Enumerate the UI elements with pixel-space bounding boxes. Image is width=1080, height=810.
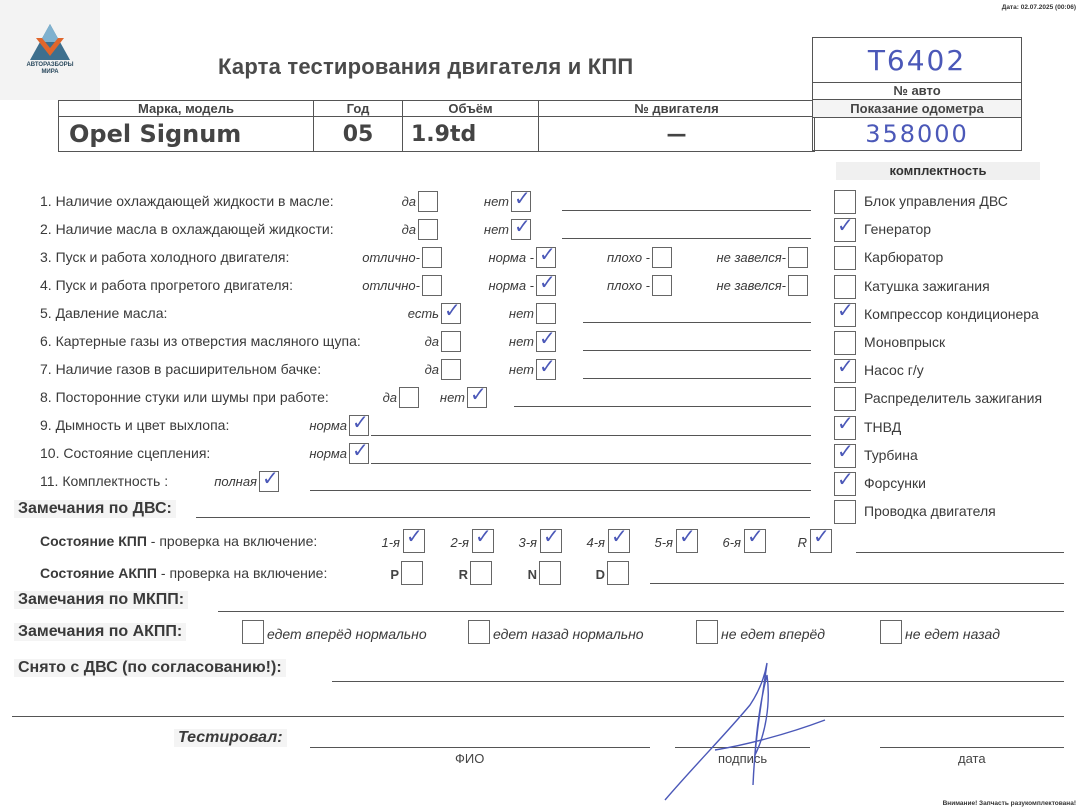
checklist-item-7-option-label: нет (509, 362, 534, 377)
gear-checkbox-6[interactable]: ✓ (744, 529, 766, 553)
auto-position-checkbox-4[interactable] (607, 561, 629, 585)
kit-checkbox-7[interactable]: ✓ (834, 359, 856, 383)
kit-heading: комплектность (836, 162, 1040, 180)
checklist-item-6-option-label: нет (509, 334, 534, 349)
model-value[interactable]: Opel Signum (59, 117, 314, 152)
checklist-item-1-checkbox-2[interactable]: ✓ (511, 191, 531, 212)
kit-item-label: Турбина (864, 447, 918, 463)
checklist-item-3-option-label: не завелся- (716, 250, 786, 265)
auto-number-value[interactable]: T6402 (813, 38, 1021, 82)
checklist-item-4-checkbox-3[interactable] (652, 275, 672, 296)
date-field[interactable] (880, 747, 1064, 748)
checklist-item-3-label: 3. Пуск и работа холодного двигателя: (40, 249, 289, 265)
kit-item-label: Моновпрыск (864, 334, 945, 350)
vehicle-table: Марка, модель Год Объём № двигателя Opel… (58, 100, 815, 152)
kit-checkbox-9[interactable]: ✓ (834, 416, 856, 440)
checklist-item-4-option-label: плохо - (607, 278, 650, 293)
auto-position-label: R (459, 567, 468, 582)
gear-label: 1-я (381, 535, 400, 550)
checklist-item-8-notes[interactable] (514, 406, 811, 407)
auto-position-checkbox-1[interactable] (401, 561, 423, 585)
akpp-checkbox-4[interactable] (880, 620, 902, 644)
checklist-item-1-option-label: нет (484, 194, 509, 209)
checklist-item-9-checkbox-1[interactable]: ✓ (349, 415, 369, 436)
kit-checkbox-10[interactable]: ✓ (834, 444, 856, 468)
checkmark-icon: ✓ (470, 382, 487, 406)
gear-label: 2-я (450, 535, 469, 550)
logo-text-1: АВТОРАЗБОРЫ (0, 62, 100, 69)
checklist-item-2-notes[interactable] (562, 238, 811, 239)
gear-label: R (798, 535, 807, 550)
akpp-option-label: едет вперёд нормально (267, 626, 427, 642)
kit-item-label: Карбюратор (864, 249, 943, 265)
checkmark-icon: ✓ (837, 354, 854, 378)
kit-checkbox-3[interactable] (834, 246, 856, 270)
checklist-item-11-checkbox-1[interactable]: ✓ (259, 471, 279, 492)
checklist-item-7-label: 7. Наличие газов в расширительном бачке: (40, 361, 321, 377)
odometer-value[interactable]: 358000 (813, 117, 1021, 150)
checklist-item-4-option-label: норма - (488, 278, 534, 293)
checklist-item-6-notes[interactable] (583, 350, 811, 351)
checklist-item-2-option-label: нет (484, 222, 509, 237)
checkmark-icon: ✓ (539, 326, 556, 350)
checklist-item-5-checkbox-1[interactable]: ✓ (441, 303, 461, 324)
page-title: Карта тестирования двигателя и КПП (218, 54, 633, 80)
gear-checkbox-1[interactable]: ✓ (403, 529, 425, 553)
checkmark-icon: ✓ (747, 524, 764, 548)
date-stamp: Дата: 02.07.2025 (00:06) (1002, 4, 1076, 11)
checklist-item-11-notes[interactable] (310, 490, 811, 491)
gear-label: 4-я (586, 535, 605, 550)
tested-by-label: Тестировал: (174, 729, 287, 747)
gear-checkbox-3[interactable]: ✓ (540, 529, 562, 553)
checkmark-icon: ✓ (837, 298, 854, 322)
checklist-item-3-option-label: отлично- (362, 250, 420, 265)
gear-label: 5-я (654, 535, 673, 550)
auto-position-label: D (596, 567, 605, 582)
checkmark-icon: ✓ (352, 410, 369, 434)
checklist-item-3-checkbox-4[interactable] (788, 247, 808, 268)
checklist-item-6-option-label: да (425, 334, 439, 349)
akpp-checkbox-3[interactable] (696, 620, 718, 644)
checklist-item-9-option-label: норма (309, 418, 347, 433)
checklist-item-8-label: 8. Посторонние стуки или шумы при работе… (40, 389, 329, 405)
checklist-item-7-checkbox-1[interactable] (441, 359, 461, 380)
checklist-item-8-checkbox-1[interactable] (399, 387, 419, 408)
date-label: дата (958, 751, 986, 766)
checklist-item-6-checkbox-2[interactable]: ✓ (536, 331, 556, 352)
col-header-year: Год (314, 101, 403, 117)
checklist-item-1-option-label: да (402, 194, 416, 209)
checklist-item-2-checkbox-2[interactable]: ✓ (511, 219, 531, 240)
gear-label: 3-я (518, 535, 537, 550)
checklist-item-5-option-label: есть (408, 306, 439, 321)
checklist-item-11-label: 11. Комплектность : (40, 473, 168, 489)
checklist-item-1-label: 1. Наличие охлаждающей жидкости в масле: (40, 193, 334, 209)
checklist-item-5-notes[interactable] (583, 322, 811, 323)
col-header-engine-no: № двигателя (539, 101, 815, 117)
remarks-auto-label: Замечания по АКПП: (14, 623, 186, 641)
fio-label: ФИО (455, 751, 484, 766)
gear-label: 6-я (722, 535, 741, 550)
auto-position-checkbox-2[interactable] (470, 561, 492, 585)
checklist-item-10-option-label: норма (309, 446, 347, 461)
checkmark-icon: ✓ (837, 467, 854, 491)
checklist-item-4-checkbox-1[interactable] (422, 275, 442, 296)
fio-field[interactable] (310, 747, 650, 748)
checklist-item-1-checkbox-1[interactable] (418, 191, 438, 212)
removed-label: Снято с ДВС (по согласованию!): (14, 659, 286, 677)
checklist-item-3-checkbox-3[interactable] (652, 247, 672, 268)
checkmark-icon: ✓ (514, 214, 531, 238)
kit-checkbox-1[interactable] (834, 190, 856, 214)
checklist-item-10-checkbox-1[interactable]: ✓ (349, 443, 369, 464)
auto-number-label: № авто (813, 82, 1021, 99)
akpp-checkbox-2[interactable] (468, 620, 490, 644)
kit-item-label: Компрессор кондиционера (864, 306, 1039, 322)
remarks-engine-label: Замечания по ДВС: (14, 500, 176, 518)
checklist-item-4-option-label: отлично- (362, 278, 420, 293)
engine-no-value[interactable]: — (539, 117, 815, 152)
auto-position-checkbox-3[interactable] (539, 561, 561, 585)
manual-gearbox-label: Состояние КПП - проверка на включение: (40, 533, 317, 549)
checklist-item-2-option-label: да (402, 222, 416, 237)
checklist-item-5-checkbox-2[interactable] (536, 303, 556, 324)
checklist-item-4-option-label: не завелся- (716, 278, 786, 293)
checklist-item-4-checkbox-4[interactable] (788, 275, 808, 296)
checklist-item-9-notes[interactable] (371, 435, 811, 436)
checklist-item-5-label: 5. Давление масла: (40, 305, 167, 321)
checklist-item-3-checkbox-2[interactable]: ✓ (536, 247, 556, 268)
checkmark-icon: ✓ (539, 242, 556, 266)
checklist-item-6-label: 6. Картерные газы из отверстия масляного… (40, 333, 361, 349)
remarks-manual-label: Замечания по МКПП: (14, 591, 188, 609)
akpp-checkbox-1[interactable] (242, 620, 264, 644)
checklist-item-5-option-label: нет (509, 306, 534, 321)
checkmark-icon: ✓ (444, 298, 461, 322)
akpp-option-label: не едет назад (905, 626, 1000, 642)
checkmark-icon: ✓ (679, 524, 696, 548)
kit-checkbox-2[interactable]: ✓ (834, 218, 856, 242)
checklist-item-7-notes[interactable] (583, 378, 811, 379)
auto-gearbox-label: Состояние АКПП - проверка на включение: (40, 565, 327, 581)
checklist-item-10-label: 10. Состояние сцепления: (40, 445, 210, 461)
checklist-item-2-label: 2. Наличие масла в охлаждающей жидкости: (40, 221, 334, 237)
checkmark-icon: ✓ (837, 439, 854, 463)
auto-position-label: N (528, 567, 537, 582)
kit-checkbox-12[interactable] (834, 500, 856, 524)
kit-item-label: Генератор (864, 221, 931, 237)
checklist-item-7-checkbox-2[interactable]: ✓ (536, 359, 556, 380)
akpp-option-label: едет назад нормально (493, 626, 644, 642)
kit-checkbox-11[interactable]: ✓ (834, 472, 856, 496)
warning-text: Внимание! Запчасть разукомплектована! (943, 800, 1076, 807)
logo-icon (28, 22, 72, 62)
remarks-engine-field[interactable] (196, 517, 810, 518)
checklist-item-3-option-label: норма - (488, 250, 534, 265)
kit-item-label: Распределитель зажигания (864, 390, 1042, 406)
gear-checkbox-4[interactable]: ✓ (608, 529, 630, 553)
checkmark-icon: ✓ (539, 270, 556, 294)
logo-text-2: МИРА (0, 69, 100, 76)
kit-checkbox-6[interactable] (834, 331, 856, 355)
kit-checkbox-5[interactable]: ✓ (834, 303, 856, 327)
checkmark-icon: ✓ (837, 213, 854, 237)
kit-checkbox-8[interactable] (834, 387, 856, 411)
checklist-item-3-checkbox-1[interactable] (422, 247, 442, 268)
gear-checkbox-5[interactable]: ✓ (676, 529, 698, 553)
year-value[interactable]: 05 (314, 117, 403, 152)
odometer-label: Показание одометра (813, 99, 1021, 117)
checklist-item-3-option-label: плохо - (607, 250, 650, 265)
kit-checkbox-4[interactable] (834, 275, 856, 299)
checklist-item-7-option-label: да (425, 362, 439, 377)
checkmark-icon: ✓ (543, 524, 560, 548)
gear-checkbox-7[interactable]: ✓ (810, 529, 832, 553)
checkmark-icon: ✓ (262, 466, 279, 490)
checklist-item-9-label: 9. Дымность и цвет выхлопа: (40, 417, 229, 433)
removed-field-2[interactable] (12, 716, 1064, 717)
checkmark-icon: ✓ (539, 354, 556, 378)
remarks-manual-field[interactable] (218, 611, 1064, 612)
checkmark-icon: ✓ (837, 411, 854, 435)
kit-item-label: Форсунки (864, 475, 926, 491)
checklist-item-10-notes[interactable] (371, 463, 811, 464)
logo-panel: АВТОРАЗБОРЫ МИРА (0, 0, 100, 100)
kit-item-label: Насос г/у (864, 362, 924, 378)
signature-scribble-icon (655, 655, 835, 805)
checkmark-icon: ✓ (514, 186, 531, 210)
checkmark-icon: ✓ (475, 524, 492, 548)
checklist-item-8-option-label: да (383, 390, 397, 405)
checklist-item-8-option-label: нет (440, 390, 465, 405)
checklist-item-11-option-label: полная (214, 474, 257, 489)
col-header-volume: Объём (403, 101, 539, 117)
checklist-item-4-label: 4. Пуск и работа прогретого двигателя: (40, 277, 293, 293)
checklist-item-1-notes[interactable] (562, 210, 811, 211)
checklist-item-8-checkbox-2[interactable]: ✓ (467, 387, 487, 408)
auto-position-label: P (390, 567, 399, 582)
checklist-item-4-checkbox-2[interactable]: ✓ (536, 275, 556, 296)
col-header-model: Марка, модель (59, 101, 314, 117)
checkmark-icon: ✓ (813, 524, 830, 548)
checkmark-icon: ✓ (406, 524, 423, 548)
kit-item-label: ТНВД (864, 419, 901, 435)
kit-item-label: Катушка зажигания (864, 278, 990, 294)
auto-info-box: T6402 № авто Показание одометра 358000 (812, 37, 1022, 151)
volume-value[interactable]: 1.9td (403, 117, 539, 152)
kit-item-label: Проводка двигателя (864, 503, 996, 519)
auto-gearbox-notes[interactable] (650, 583, 1064, 584)
checkmark-icon: ✓ (352, 438, 369, 462)
checkmark-icon: ✓ (611, 524, 628, 548)
checklist-item-6-checkbox-1[interactable] (441, 331, 461, 352)
kit-item-label: Блок управления ДВС (864, 193, 1008, 209)
checklist-item-2-checkbox-1[interactable] (418, 219, 438, 240)
akpp-option-label: не едет вперёд (721, 626, 825, 642)
gear-checkbox-2[interactable]: ✓ (472, 529, 494, 553)
manual-gearbox-notes[interactable] (856, 552, 1064, 553)
